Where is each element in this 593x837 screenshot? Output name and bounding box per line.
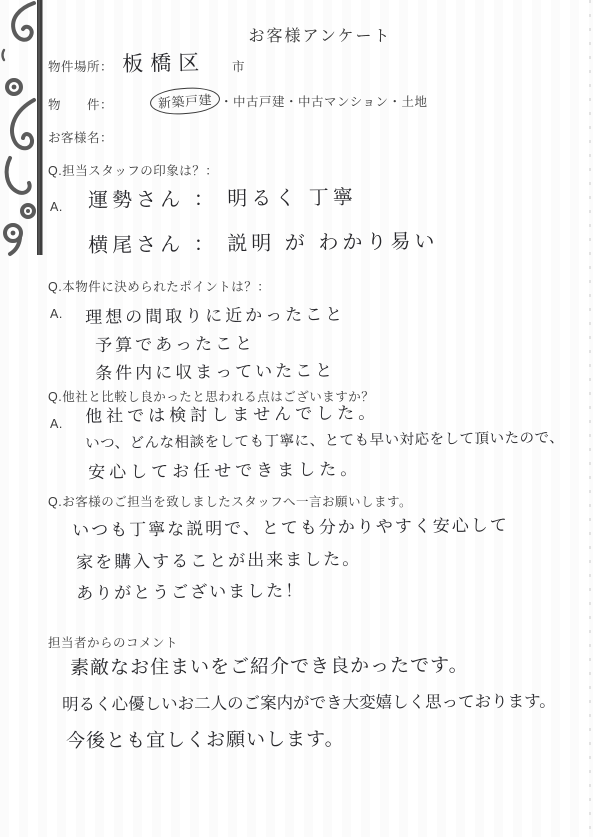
answer-3-line-3: 安心してお任せできました。 — [88, 455, 361, 483]
staff-comment-line-2: 明るく心優しいお二人のご案内ができ大変嬉しく思っております。 — [62, 688, 556, 715]
staff-comment-label: 担当者からのコメント — [48, 633, 178, 651]
question-2-label: Q.本物件に決められたポイントは？： — [48, 277, 270, 295]
property-selected-circled: 新築戸建 — [149, 86, 221, 117]
answer-2-line-1: 理想の間取りに近かったこと — [85, 300, 345, 328]
customer-name-label: お客様名： — [48, 128, 113, 146]
answer-marker-1: A. — [50, 200, 63, 214]
page-title: お客様アンケート — [160, 23, 480, 46]
answer-1-line-2: 横尾さん ： 説明 が わかり易い — [88, 225, 439, 258]
answer-2-line-3: 条件内に収まっていたこと — [95, 356, 335, 384]
answer-2-line-2: 予算であったこと — [95, 329, 255, 356]
answer-marker-2: A. — [50, 307, 63, 321]
survey-sheet: お客様アンケート 物件場所： 板橋区 市 物 件： 新築戸建 ・中古戸建・中古マ… — [0, 0, 593, 837]
answer-4-line-2: 家を購入することが出来ました。 — [76, 545, 361, 573]
answer-3-line-1: 他社では検討しませんでした。 — [85, 398, 379, 427]
answer-4-line-3: ありがとうございました！ — [76, 576, 304, 604]
location-suffix: 市 — [232, 57, 245, 75]
ornamental-border-decoration — [0, 0, 48, 258]
location-value-handwritten: 板橋区 — [122, 47, 207, 78]
answer-3-line-2: いつ、どんな相談をしても丁寧に、とても早い対応をして頂いたので、 — [85, 426, 564, 453]
property-label: 物 件： — [48, 95, 113, 113]
location-label: 物件場所： — [48, 57, 113, 75]
answer-1-line-1: 運勢さん ： 明るく 丁寧 — [88, 181, 357, 213]
answer-4-line-1: いつも丁寧な説明で、とても分かりやすく安心して — [72, 511, 509, 541]
answer-marker-3: A. — [50, 417, 63, 431]
staff-comment-line-3: 今後とも宜しくお願いします。 — [66, 724, 345, 753]
staff-comment-line-1: 素敵なお住まいをご紹介でき良かったです。 — [70, 650, 469, 680]
property-options-rest: ・中古戸建・中古マンション・土地 — [220, 92, 427, 110]
question-4-label: Q.お客様のご担当を致しましたスタッフへ一言お願いします。 — [48, 492, 412, 510]
border-rule — [37, 0, 43, 255]
scan-edge-artifact — [589, 0, 591, 837]
question-1-label: Q.担当スタッフの印象は？： — [48, 161, 218, 179]
